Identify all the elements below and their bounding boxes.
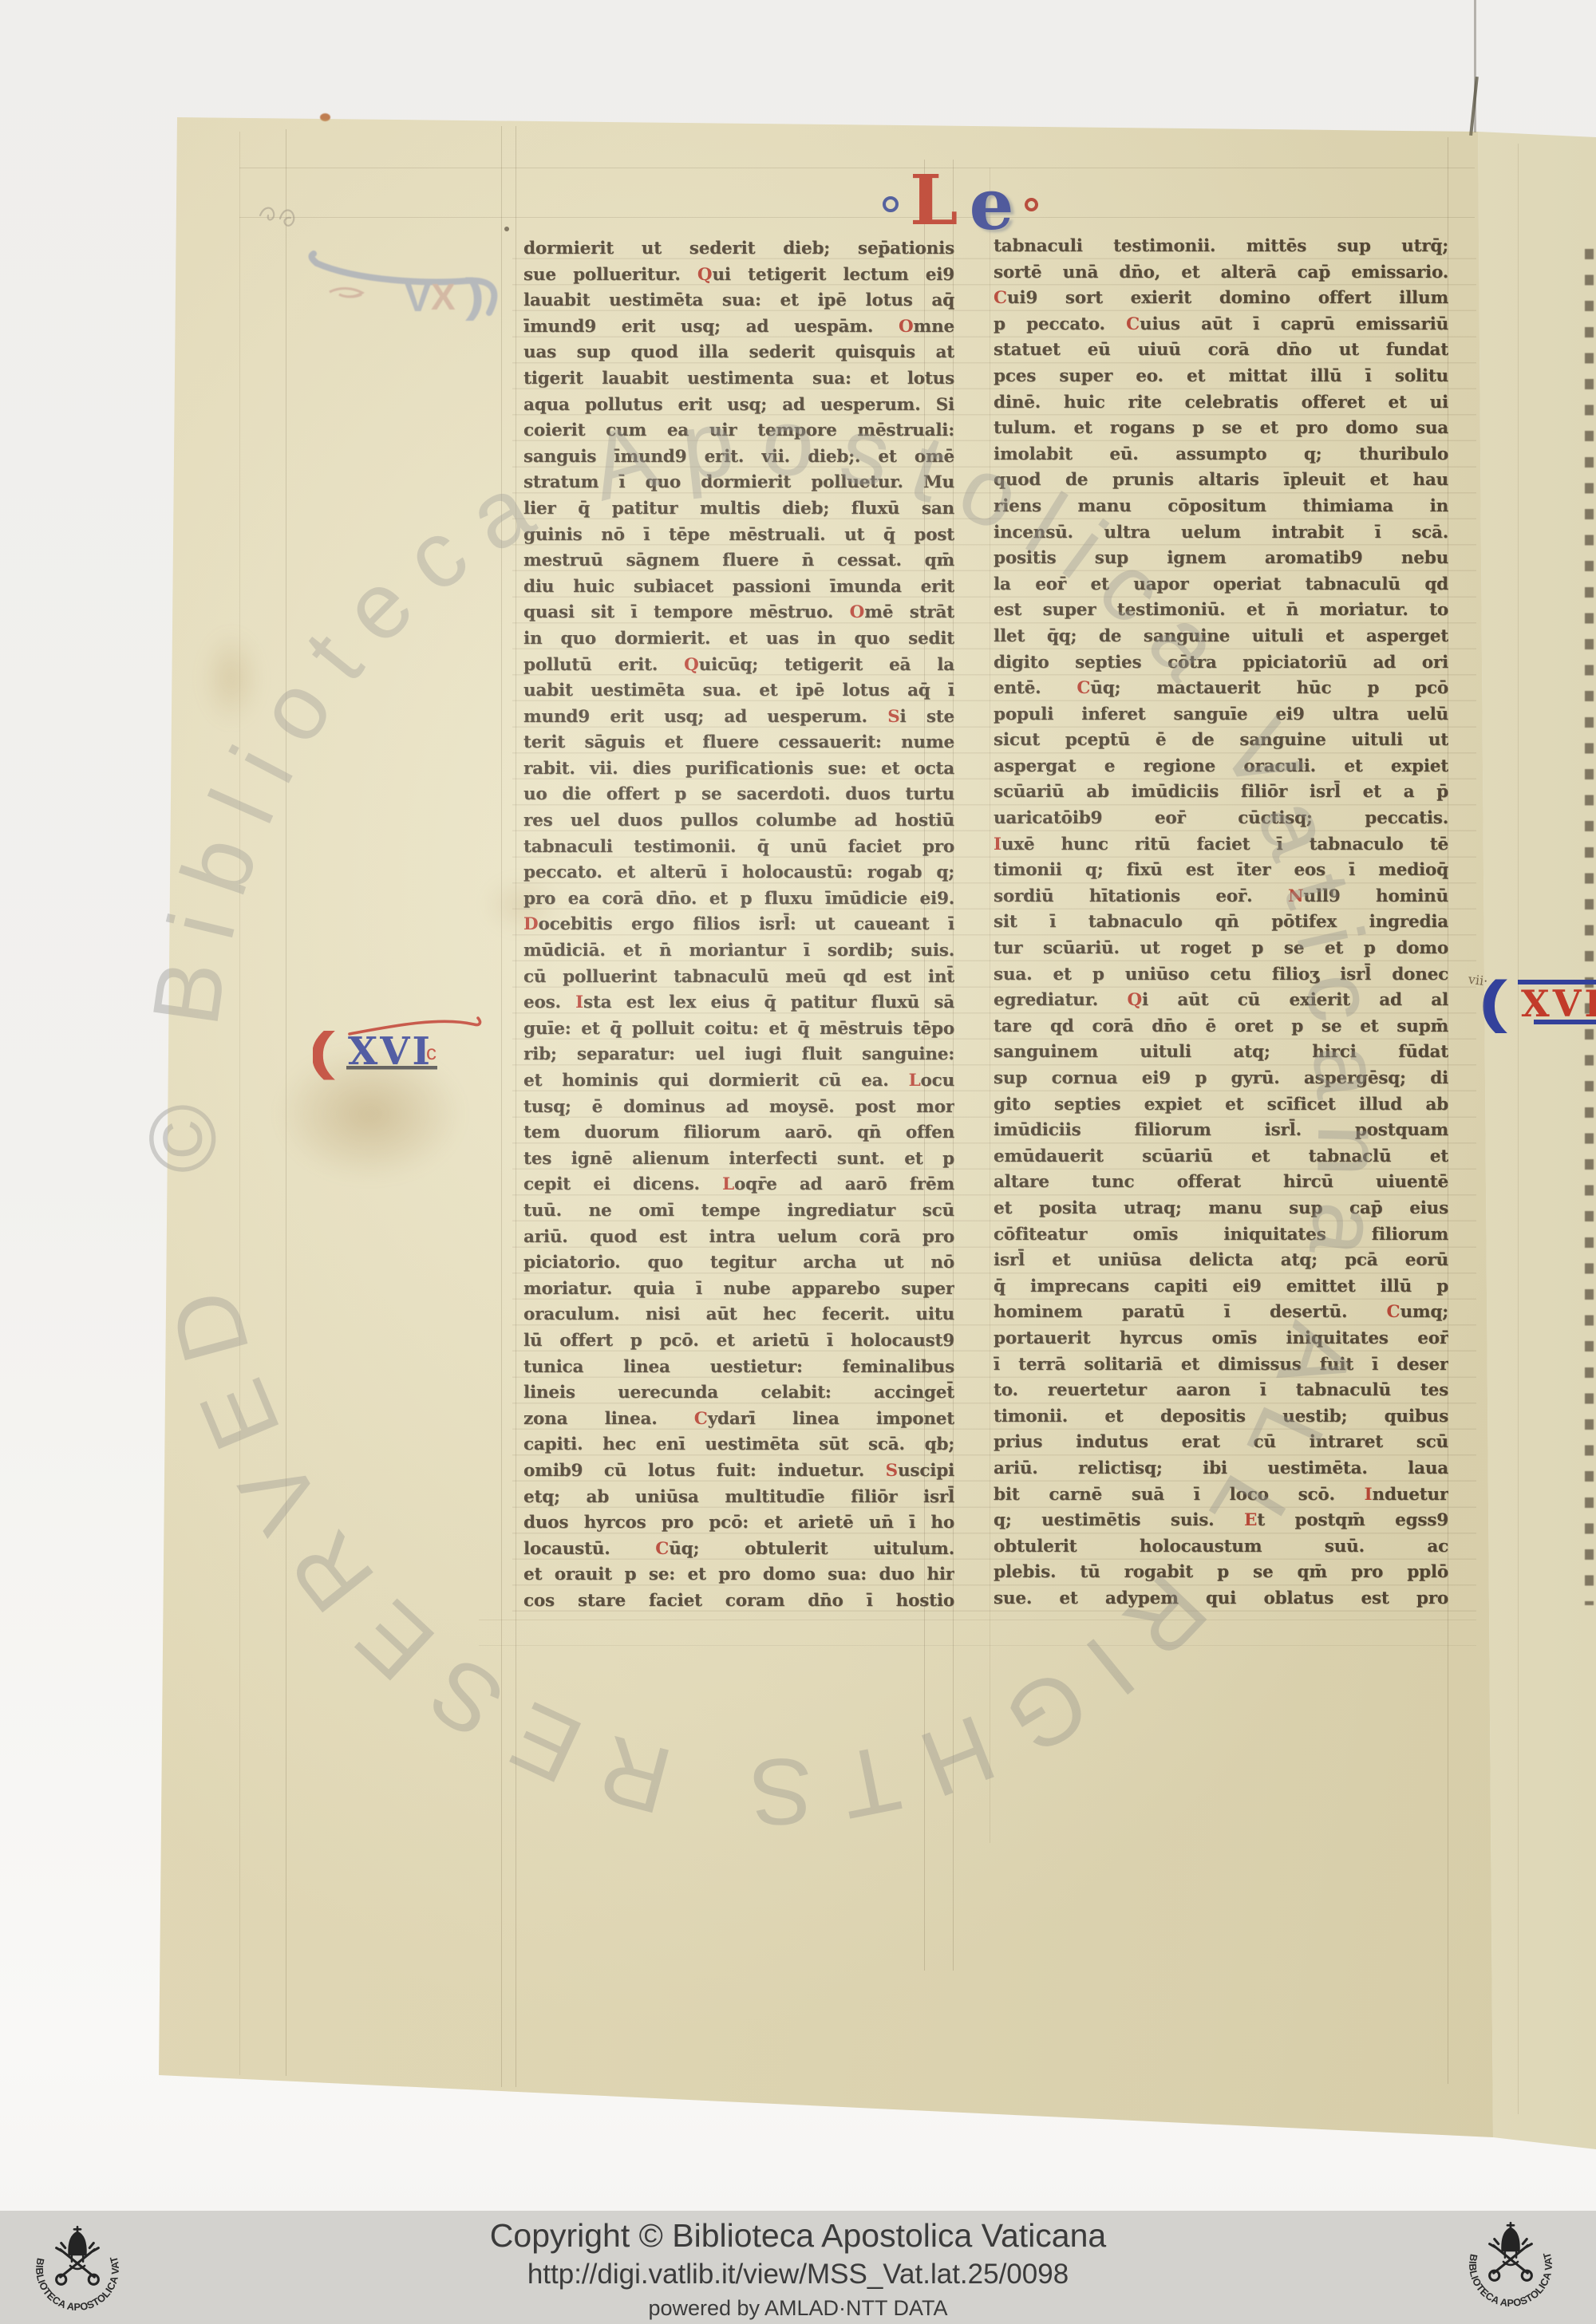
manuscript-line: rib; separatur: uel iugi fluit sanguine: bbox=[523, 1042, 954, 1068]
manuscript-line: tes ignē alienum interfecti sunt. et p bbox=[523, 1146, 954, 1173]
manuscript-line: quod de prunis altaris īpleuit et hau bbox=[994, 468, 1448, 494]
manuscript-line: etq; ab uniūsa multitudīe filiōr isrl̄ bbox=[523, 1485, 954, 1511]
manuscript-line: mūdiciā. et n̄ moriantur ī sordib; suis. bbox=[523, 938, 954, 965]
logo-circular-text: BIBLIOTECA APOSTOLICA VATICANA bbox=[25, 2215, 121, 2313]
manuscript-line: obtulerit holocaustum suū. ac bbox=[994, 1534, 1448, 1561]
manuscript-line: pro ea corā dn̄o. et p fluxu īmūdicie ei… bbox=[523, 886, 954, 913]
manuscript-line: dinē. huic rite celebratis offeret et ui bbox=[994, 390, 1448, 416]
ruling-horizontal bbox=[239, 217, 1475, 218]
footer-copyright: Copyright © Biblioteca Apostolica Vatica… bbox=[0, 2217, 1596, 2255]
ruling-vertical bbox=[501, 126, 502, 2087]
manuscript-line: oraculum. nisi aūt hec fecerit. uitu bbox=[523, 1302, 954, 1328]
manuscript-line: cū polluerint tabnaculū meū qd est int̄ bbox=[523, 965, 954, 991]
manuscript-line: piciatorio. quo tegitur archa ut nō bbox=[523, 1250, 954, 1276]
svg-text:BIBLIOTECA APOSTOLICA VATICANA: BIBLIOTECA APOSTOLICA VATICANA bbox=[1458, 2212, 1555, 2309]
manuscript-line: tulum. et rogans p se et pro domo sua bbox=[994, 416, 1448, 442]
manuscript-line: digito septies cōtra ppiciatoriū ad ori bbox=[994, 650, 1448, 677]
header-dot-red bbox=[1025, 198, 1038, 211]
manuscript-line: res uel duos pullos columbe ad hostiū bbox=[523, 808, 954, 835]
manuscript-line: emūdauerit scūariū et tabnaclū et bbox=[994, 1144, 1448, 1170]
manuscript-line: timonii. et depositis uestib; quibus bbox=[994, 1404, 1448, 1430]
manuscript-line: cepit ei dicens. Loqr̄e ad aarō frēm bbox=[523, 1172, 954, 1198]
xvi-numeral: XVI bbox=[348, 1029, 433, 1074]
xvi-paraph-red: ( bbox=[313, 1022, 335, 1081]
ruling-vertical bbox=[516, 126, 516, 2087]
manuscript-line: lauabit uestimēta sua: et ipē lotus aq̄ bbox=[523, 288, 954, 314]
manuscript-line: altare tunc offerat hircū uiuentē bbox=[994, 1170, 1448, 1196]
xvi-letter-c: c bbox=[426, 1040, 437, 1064]
manuscript-line: uo die offert p se sacerdoti. duos turtu bbox=[523, 782, 954, 808]
manuscript-line: Cui9 sort exierit domino offert illum bbox=[994, 286, 1448, 312]
manuscript-line: tur scūariū. ut roget p se et p domo bbox=[994, 936, 1448, 962]
chapter-marker-xv: V X ) bbox=[307, 247, 523, 327]
manuscript-line: quasi sit ī tempore mēstruo. Omē strāt bbox=[523, 600, 954, 626]
manuscript-line: positis sup ignem aromatib9 nebu bbox=[994, 546, 1448, 572]
manuscript-line: portauerit hyrcus omīs iniquitates eor̄ bbox=[994, 1326, 1448, 1352]
facing-page-text-edge bbox=[1585, 249, 1594, 1605]
manuscript-line: tunica linea uestietur: feminalibus bbox=[523, 1355, 954, 1381]
xv-paraph: ) bbox=[465, 270, 484, 321]
manuscript-line: et orauit p se: et pro domo sua: duo hir bbox=[523, 1562, 954, 1588]
manuscript-line: populi inferet sanguīe ei9 ultra uelū bbox=[994, 702, 1448, 728]
manuscript-line: egrediatur. Qi aūt cū exierit ad al bbox=[994, 988, 1448, 1014]
vatican-emblem bbox=[57, 2227, 99, 2284]
footer-url: http://digi.vatlib.it/view/MSS_Vat.lat.2… bbox=[0, 2259, 1596, 2290]
manuscript-line: imūdiciis filiorum isrl̄. postquam bbox=[994, 1118, 1448, 1144]
manuscript-line: sua. et p uniūso cetu filioʒ isrl̄ donec bbox=[994, 962, 1448, 988]
xv-flourish-red bbox=[330, 289, 362, 297]
manuscript-line: sanguinem uituli atq; hirci fūdat bbox=[994, 1040, 1448, 1066]
manuscript-line: entē. Cūq; mactauerit hūc p pcō bbox=[994, 676, 1448, 702]
manuscript-line: la eor̄ et uapor operiat tabnaculū qd bbox=[994, 572, 1448, 598]
manuscript-line: q̄ imprecans capiti ei9 emittet illū p bbox=[994, 1274, 1448, 1300]
manuscript-line: Iuxē hunc ritū faciet ī tabnaculo tē bbox=[994, 832, 1448, 858]
running-title-leviticus: L e bbox=[883, 156, 1038, 252]
manuscript-line: q; uestimētis suis. Et postqm̄ egss9 bbox=[994, 1508, 1448, 1534]
manuscript-line: īmund9 erit usq; ad uespām. Omne bbox=[523, 314, 954, 341]
manuscript-line: ariū. quod est intra uelum corā pro bbox=[523, 1225, 954, 1251]
rust-speck bbox=[320, 113, 330, 121]
manuscript-line: riens manu cōpositum thimiama in bbox=[994, 494, 1448, 520]
manuscript-line: sit ī tabnaculo qn̄ pōtifex ingredia bbox=[994, 909, 1448, 936]
manuscript-line: moriatur. quia ī nube apparebo super bbox=[523, 1276, 954, 1303]
svg-text:BIBLIOTECA APOSTOLICA VATICANA: BIBLIOTECA APOSTOLICA VATICANA bbox=[25, 2215, 121, 2313]
vatican-library-logo-right: BIBLIOTECA APOSTOLICA VATICANA bbox=[1458, 2212, 1563, 2317]
ruling-vertical bbox=[1518, 144, 1519, 2114]
manuscript-line: cōfiteatur omīs iniquitates filiorum bbox=[994, 1222, 1448, 1249]
ruling-horizontal bbox=[479, 1620, 1476, 1620]
manuscript-line: sue. et adypem qui oblatus est pro bbox=[994, 1586, 1448, 1612]
manuscript-line: imolabit eū. assumpto q; thuribulo bbox=[994, 442, 1448, 468]
scanned-manuscript-page: dormierit ut sederit dieb; sep̄ationissu… bbox=[0, 0, 1596, 2324]
running-title-letter-red: L bbox=[910, 169, 958, 233]
xvii-paraph-blue: ( bbox=[1481, 970, 1507, 1034]
xvii-numeral: XVII bbox=[1521, 982, 1596, 1025]
manuscript-line: capiti. hec enī uestimēta sūt scā. qb; bbox=[523, 1432, 954, 1458]
manuscript-line: duos hyrcos pro pcō: et arietē un̄ ī ho bbox=[523, 1510, 954, 1537]
manuscript-column-right: tabnaculi testimonii. mittēs sup utrq̄;s… bbox=[994, 234, 1448, 1612]
manuscript-line: p peccato. Cuius aūt ī caprū emissariū bbox=[994, 312, 1448, 338]
chapter-marker-xvii: ( XVII bbox=[1481, 962, 1596, 1039]
manuscript-line: ariū. relictisq; ibi uestimēta. laua bbox=[994, 1456, 1448, 1482]
manuscript-line: terit sāguis et fluere cessauerit: nume bbox=[523, 730, 954, 756]
manuscript-line: isrl̄ et uniūsa delicta atq; pcā eorū bbox=[994, 1248, 1448, 1274]
manuscript-column-left: dormierit ut sederit dieb; sep̄ationissu… bbox=[523, 236, 954, 1614]
parchment-stain bbox=[201, 630, 262, 726]
manuscript-line: sicut pceptū ē de sanguine uituli ut bbox=[994, 728, 1448, 754]
manuscript-line: eos. Ista est lex eius q̄ patitur fluxū … bbox=[523, 990, 954, 1016]
header-dot-blue bbox=[883, 196, 899, 212]
manuscript-line: uabit uestimēta sua. et ipē lotus aq̄ ī bbox=[523, 678, 954, 704]
manuscript-line: prius indutus erat cū intraret scū bbox=[994, 1430, 1448, 1456]
ruling-horizontal bbox=[479, 1645, 1476, 1646]
manuscript-line: et hominis qui dormierit cū ea. Locu bbox=[523, 1068, 954, 1095]
xv-letter-x: X bbox=[431, 276, 456, 318]
manuscript-line: mestruū sāgnem fluere n̄ cessat. qm̄ bbox=[523, 548, 954, 574]
manuscript-line: tem duorum filiorum aarō. qn̄ offen bbox=[523, 1120, 954, 1146]
footer-powered-by: powered by AMLAD·NTT DATA bbox=[0, 2296, 1596, 2321]
vatican-library-logo-left: BIBLIOTECA APOSTOLICA VATICANA bbox=[25, 2215, 130, 2321]
manuscript-line: omib9 cū lotus fuit: induetur. Suscipi bbox=[523, 1458, 954, 1485]
manuscript-line: aspergat e regione oraculi. et expiet bbox=[994, 754, 1448, 780]
manuscript-line: diu huic subiacet passioni īmunda erit bbox=[523, 574, 954, 601]
manuscript-line: zona linea. Cydarī linea imponet bbox=[523, 1407, 954, 1433]
manuscript-line: stratum ī quo dormierit polluetur. Mu bbox=[523, 470, 954, 496]
manuscript-line: sordiū hītationis eor̄. Null9 hominū bbox=[994, 884, 1448, 910]
manuscript-line: llet q̄q; de sanguine uituli et asperget bbox=[994, 624, 1448, 650]
manuscript-line: tare qd corā dn̄o ē oret p se et supm̄ bbox=[994, 1014, 1448, 1040]
manuscript-line: coierit cum ea uir tempore mēstruali: bbox=[523, 418, 954, 444]
manuscript-line: cos stare faciet coram dn̄o ī hostio bbox=[523, 1588, 954, 1615]
chapter-marker-xvi: ( XVI c bbox=[313, 1016, 500, 1082]
manuscript-line: ī terrā solitariā et dimissus fuit ī des… bbox=[994, 1352, 1448, 1379]
manuscript-line: lier q̄ patitur multis dieb; fluxū san bbox=[523, 496, 954, 523]
manuscript-line: bit carnē suā ī loco scō. Induetur bbox=[994, 1482, 1448, 1509]
manuscript-line: timonii q; fixū est īter eos ī medioq̄ bbox=[994, 858, 1448, 884]
ink-dot bbox=[504, 227, 509, 231]
manuscript-line: mund9 erit usq; ad uesperum. Si ste bbox=[523, 704, 954, 731]
manuscript-line: tabnaculi testimonii. q̄ unū faciet pro bbox=[523, 835, 954, 861]
manuscript-line: locaustū. Cūq; obtulerit uitulum. bbox=[523, 1537, 954, 1563]
xv-letter-v: V bbox=[405, 275, 432, 320]
manuscript-line: tuū. ne omī tempe ingrediatur scū bbox=[523, 1198, 954, 1225]
vatican-emblem bbox=[1490, 2223, 1532, 2280]
manuscript-line: uaricatōib9 eor̄ cūctisq; peccatis. bbox=[994, 806, 1448, 832]
manuscript-line: sue pollueritur. Qui tetigerit lectum ei… bbox=[523, 262, 954, 289]
ruling-vertical bbox=[239, 132, 240, 2075]
manuscript-line: hominem paratū ī desertū. Cumq; bbox=[994, 1300, 1448, 1326]
manuscript-line: guīe: et q̄ polluit coitu: et q̄ mēstrui… bbox=[523, 1016, 954, 1043]
manuscript-line: peccato. et alterū ī holocaustū: rogab q… bbox=[523, 860, 954, 886]
manuscript-line: to. reuertetur aaron ī tabnaculū tes bbox=[994, 1378, 1448, 1404]
manuscript-line: scūariū ab imūdiciis filiōr isrl̄ et a p… bbox=[994, 779, 1448, 806]
manuscript-line: tabnaculi testimonii. mittēs sup utrq̄; bbox=[994, 234, 1448, 260]
ruling-vertical bbox=[990, 168, 990, 1843]
manuscript-line: sortē unā dn̄o, et alterā cap̄ emissario… bbox=[994, 260, 1448, 286]
manuscript-line: aqua pollutus erit usq; ad uesperum. Si bbox=[523, 393, 954, 419]
manuscript-line: guinis nō ī tēpe mēstruali. ut q̄ post bbox=[523, 523, 954, 549]
running-title-letter-blue: e bbox=[969, 172, 1013, 236]
manuscript-line: est super testimoniū. et n̄ moriatur. to bbox=[994, 598, 1448, 624]
manuscript-line: tigerit lauabit uestimenta sua: et lotus bbox=[523, 366, 954, 393]
logo-circular-text: BIBLIOTECA APOSTOLICA VATICANA bbox=[1458, 2212, 1555, 2309]
manuscript-line: et posita utraq; manu sup cap̄ eius bbox=[994, 1196, 1448, 1222]
manuscript-line: lineis uerecunda celabit: accinget̄ bbox=[523, 1380, 954, 1407]
manuscript-line: uas sup quod illa sederit quisquis at bbox=[523, 340, 954, 366]
manuscript-line: gito septies expiet et scīficet illud ab bbox=[994, 1092, 1448, 1119]
manuscript-line: lū offert p pcō. et arietū ī holocaust9 bbox=[523, 1328, 954, 1355]
manuscript-line: sanguis īmund9 erit. vii. dieb;. et omē bbox=[523, 444, 954, 471]
ruling-horizontal bbox=[239, 168, 1475, 168]
pencil-mark bbox=[254, 195, 310, 235]
manuscript-line: pollutū erit. Quicūq; tetigerit eā la bbox=[523, 653, 954, 679]
manuscript-line: incensū. ultra uelum intrabit ī scā. bbox=[994, 520, 1448, 546]
manuscript-line: statuet eū uiuū corā dn̄o ut fundat bbox=[994, 337, 1448, 364]
manuscript-line: sup cornua ei9 p gyrū. aspergēsq; di bbox=[994, 1066, 1448, 1092]
manuscript-line: Docebitis ergo filios isrl̄: ut caueant … bbox=[523, 912, 954, 938]
manuscript-line: rabit. vii. dies purificationis sue: et … bbox=[523, 756, 954, 783]
manuscript-line: tusq; ē dominus ad moysē. post mor bbox=[523, 1095, 954, 1121]
manuscript-line: in quo dormierit. et uas in quo sedit bbox=[523, 626, 954, 653]
manuscript-line: pces super eo. et mittat illū ī solitu bbox=[994, 364, 1448, 390]
manuscript-line: plebis. tū rogabit p se qm̄ pro pplō bbox=[994, 1560, 1448, 1586]
